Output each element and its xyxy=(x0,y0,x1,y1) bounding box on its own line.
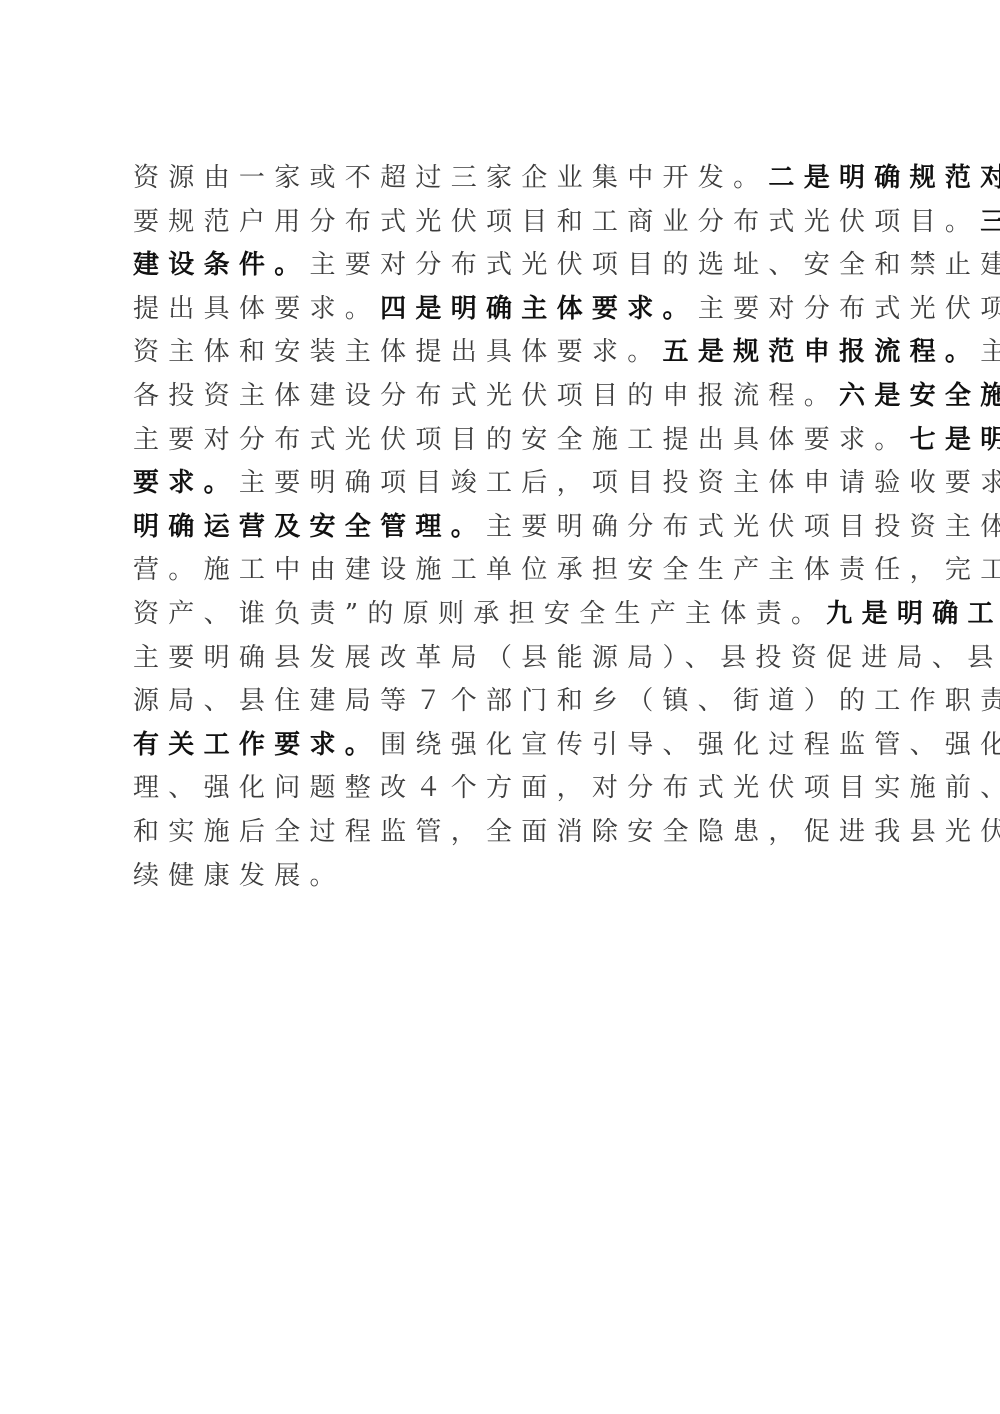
text-line: 各投资主体建设分布式光伏项目的申报流程。六是安全施工要求。 xyxy=(133,375,883,419)
body-text-run: 营。施工中由建设施工单位承担安全生产主体责任，完工后按“谁 xyxy=(133,555,1000,585)
body-text-run: 要规范户用分布式光伏项目和工商业分布式光伏项目。 xyxy=(133,207,980,237)
text-line: 营。施工中由建设施工单位承担安全生产主体责任，完工后按“谁 xyxy=(133,549,883,593)
text-line: 资源由一家或不超过三家企业集中开发。二是明确规范对象。主 xyxy=(133,157,883,201)
body-text-run: 主要明确县发展改革局（县能源局）、县投资促进局、县自然资 xyxy=(133,643,1000,673)
body-text-run: 主要对分布式光伏项目的选址、安全和禁止建设范围 xyxy=(310,250,1000,280)
text-line: 要求。主要明确项目竣工后，项目投资主体申请验收要求。八是 xyxy=(133,462,883,506)
bold-heading-phrase: 明确运营及安全管理。 xyxy=(133,512,486,542)
text-line: 明确运营及安全管理。主要明确分布式光伏项目投资主体负责运 xyxy=(133,506,883,550)
text-line: 有关工作要求。围绕强化宣传引导、强化过程监管、强化行业管 xyxy=(133,724,883,768)
document-body-paragraph: 资源由一家或不超过三家企业集中开发。二是明确规范对象。主要规范户用分布式光伏项目… xyxy=(133,157,883,898)
body-text-run: 源局、县住建局等７个部门和乡（镇、街道）的工作职责。 xyxy=(133,686,1000,716)
text-line: 续健康发展。 xyxy=(133,855,883,899)
bold-heading-phrase: 要求。 xyxy=(133,468,239,498)
body-text-run: 主要明确 xyxy=(980,337,1000,367)
body-text-run: 理、强化问题整改４个方面，对分布式光伏项目实施前、实施中 xyxy=(133,773,1000,803)
bold-heading-phrase: 有关工作要求。 xyxy=(133,730,380,760)
body-text-run: 围绕强化宣传引导、强化过程监管、强化行业管 xyxy=(380,730,1000,760)
document-page: 资源由一家或不超过三家企业集中开发。二是明确规范对象。主要规范户用分布式光伏项目… xyxy=(0,0,1000,1414)
body-text-run: 续健康发展。 xyxy=(133,861,345,891)
text-line: 和实施后全过程监管，全面消除安全隐患，促进我县光伏行业持 xyxy=(133,811,883,855)
bold-heading-phrase: 七是明确验收 xyxy=(910,425,1000,455)
bold-heading-phrase: 建设条件。 xyxy=(133,250,310,280)
body-text-run: 提出具体要求。 xyxy=(133,294,380,324)
text-line: 提出具体要求。四是明确主体要求。主要对分布式光伏项目的投 xyxy=(133,288,883,332)
bold-heading-phrase: 五是规范申报流程。 xyxy=(663,337,981,367)
body-text-run: 主要明确项目竣工后，项目投资主体申请验收要求。 xyxy=(239,468,1000,498)
text-line: 建设条件。主要对分布式光伏项目的选址、安全和禁止建设范围 xyxy=(133,244,883,288)
body-text-run: 主要对分布式光伏项目的安全施工提出具体要求。 xyxy=(133,425,910,455)
bold-heading-phrase: 二是明确规范对象。 xyxy=(768,163,1000,193)
body-text-run: 资主体和安装主体提出具体要求。 xyxy=(133,337,663,367)
text-line: 资产、谁负责”的原则承担安全生产主体责。九是明确工作职责。 xyxy=(133,593,883,637)
body-text-run: 和实施后全过程监管，全面消除安全隐患，促进我县光伏行业持 xyxy=(133,817,1000,847)
bold-heading-phrase: 四是明确主体要求。 xyxy=(380,294,698,324)
text-line: 主要明确县发展改革局（县能源局）、县投资促进局、县自然资 xyxy=(133,637,883,681)
body-text-run: 主要明确分布式光伏项目投资主体负责运 xyxy=(486,512,1000,542)
body-text-run: 各投资主体建设分布式光伏项目的申报流程。 xyxy=(133,381,839,411)
text-line: 理、强化问题整改４个方面，对分布式光伏项目实施前、实施中 xyxy=(133,767,883,811)
text-line: 资主体和安装主体提出具体要求。五是规范申报流程。主要明确 xyxy=(133,331,883,375)
text-line: 源局、县住建局等７个部门和乡（镇、街道）的工作职责。十是 xyxy=(133,680,883,724)
text-line: 要规范户用分布式光伏项目和工商业分布式光伏项目。三是明确 xyxy=(133,201,883,245)
body-text-run: 资源由一家或不超过三家企业集中开发。 xyxy=(133,163,768,193)
bold-heading-phrase: 六是安全施工要求。 xyxy=(839,381,1000,411)
text-line: 主要对分布式光伏项目的安全施工提出具体要求。七是明确验收 xyxy=(133,419,883,463)
bold-heading-phrase: 九是明确工作职责。 xyxy=(826,599,1000,629)
bold-heading-phrase: 三是明确 xyxy=(980,207,1000,237)
body-text-run: 主要对分布式光伏项目的投 xyxy=(698,294,1000,324)
body-text-run: 资产、谁负责”的原则承担安全生产主体责。 xyxy=(133,599,826,629)
